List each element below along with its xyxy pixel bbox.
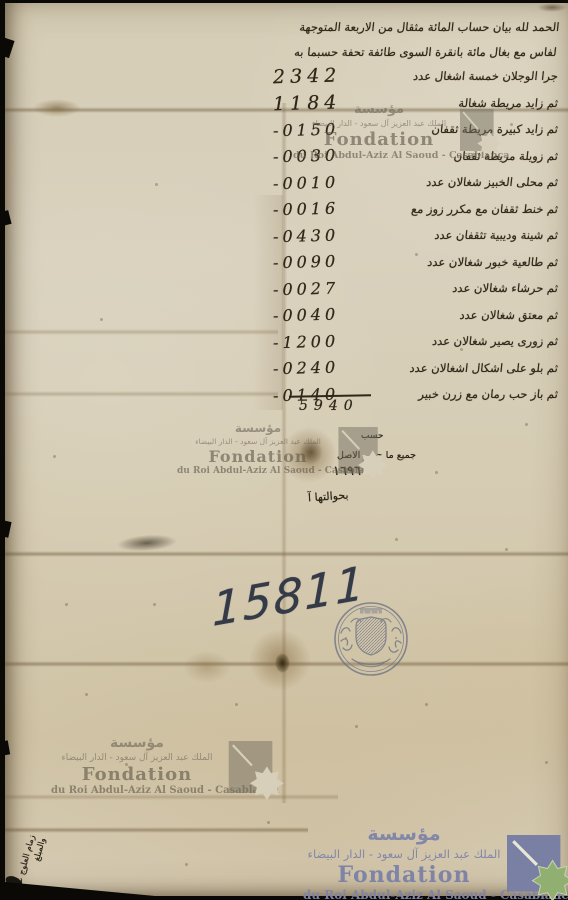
watermark-arabic-subtitle: الملك عبد العزيز آل سعود - الدار البيضاء [303,847,505,861]
paper-tear [0,38,15,58]
watermark-foundation-middle: مؤسسة الملك عبد العزيز آل سعود - الدار ا… [177,421,339,476]
ledger-row: -0016 ثم خنط ثقفان مع مكرر زوز مع [273,196,558,223]
ledger-row: -0040 ثم معتق شغالان عدد [273,302,558,329]
watermark-latin-title: Fondation [303,862,505,888]
ledger-entry-text: ثم معتق شغالان عدد [364,308,558,322]
watermark-arabic-title: مؤسسة [177,421,339,435]
ledger-row: -0240 ثم بلو على اشكال اشغالان عدد [273,355,558,382]
watermark-arabic-subtitle: الملك عبد العزيز آل سعود - الدار البيضاء [51,753,223,763]
paper-tear [0,740,10,755]
circular-seal-stamp [332,600,410,678]
ledger-amount: -0430 [273,225,365,246]
ledger-entry-text: ثم طالعية خبور شغالان عدد [364,255,558,269]
foundation-logo-icon [223,741,289,801]
manuscript-header: الحمد لله بيان حساب المائة مثقال من الار… [290,15,560,65]
foundation-logo-icon [506,835,568,900]
ledger-row: -0010 ثم محلى الخبيز شغالان عدد [273,169,558,196]
ledger-amount: -0010 [273,172,365,193]
paper-tear [0,520,12,538]
ledger-entry-text: ثم زورى يصير شغالان عدد [364,334,558,348]
ledger-entry-text: ثم بلو على اشكال اشغالان عدد [364,361,558,375]
watermark-arabic-subtitle: الملك عبد العزيز آل سعود - الدار البيضاء [177,437,339,446]
ledger-entry-text: ثم حرشاء شغالان عدد [364,281,558,295]
fold-crease [5,391,278,397]
ledger-row: -1200 ثم زورى يصير شغالان عدد [273,328,558,355]
ledger-amount: -0040 [273,304,365,325]
watermark-arabic-subtitle: الملك عبد العزيز آل سعود - الدار البيضاء [293,119,465,128]
watermark-foundation-top: مؤسسة الملك عبد العزيز آل سعود - الدار ا… [293,102,465,161]
watermark-latin-subtitle: du Roi Abdul-Aziz Al Saoud - Casablanca [303,888,505,900]
watermark-latin-title: Fondation [177,447,339,466]
ledger-row: -0027 ثم حرشاء شغالان عدد [273,275,558,302]
fold-crease [5,827,308,833]
ledger-amount: -0016 [273,198,365,219]
ledger-amount: -0240 [273,357,365,378]
ledger-entry-text: جرا الوجلان خمسة اشغال عدد [364,69,558,83]
ledger-amount: 2342 [273,64,366,88]
stain [537,3,567,12]
annotation-line: بحوالتها آ [308,489,349,505]
watermark-latin-subtitle: du Roi Abdul-Aziz Al Saoud - Casablanca [177,466,339,476]
ledger-amount: -1200 [273,331,365,352]
stain [183,651,231,683]
header-line-2: لفاس مع بغال مائة بانقرة السوى طائفة تحف… [290,40,558,65]
header-line-1: الحمد لله بيان حساب المائة مثقال من الار… [293,15,561,40]
watermark-latin-subtitle: du Roi Abdul-Aziz Al Saoud - Casablanca [51,785,223,796]
paper-tear [0,210,12,226]
watermark-foundation-bottom: مؤسسة الملك عبد العزيز آل سعود - الدار ا… [51,735,223,796]
stain [33,99,81,117]
ledger-amount: -0090 [273,251,365,272]
watermark-foundation-colored: مؤسسة الملك عبد العزيز آل سعود - الدار ا… [303,823,505,900]
manuscript-paper: الحمد لله بيان حساب المائة مثقال من الار… [5,3,568,896]
ledger-entry-text: ثم خنط ثقفان مع مكرر زوز مع [364,202,558,216]
ledger-total: 5940 [299,398,359,414]
watermark-latin-title: Fondation [51,764,223,785]
ledger-row: -0430 ثم شينة وديبية تثقفان عدد [273,222,558,249]
foundation-logo-icon [334,427,392,481]
ledger-entry-text: ثم محلى الخبيز شغالان عدد [364,175,558,189]
ledger-entry-text: ثم باز حب رمان مع زرن خبير [364,387,558,401]
watermark-arabic-title: مؤسسة [293,102,465,117]
ledger-row: 2342 جرا الوجلان خمسة اشغال عدد [273,63,558,90]
fold-crease [5,329,278,335]
ledger-entry-text: ثم شينة وديبية تثقفان عدد [364,228,558,242]
watermark-arabic-title: مؤسسة [303,823,505,845]
watermark-latin-title: Fondation [293,129,465,150]
ledger-amount: -0027 [273,278,365,299]
foundation-logo-icon [460,108,502,156]
stain-dark-core [275,653,290,673]
ledger-row: -0090 ثم طالعية خبور شغالان عدد [273,249,558,276]
watermark-arabic-title: مؤسسة [51,735,223,751]
watermark-latin-subtitle: du Roi Abdul-Aziz Al Saoud - Casablanca [293,150,465,161]
